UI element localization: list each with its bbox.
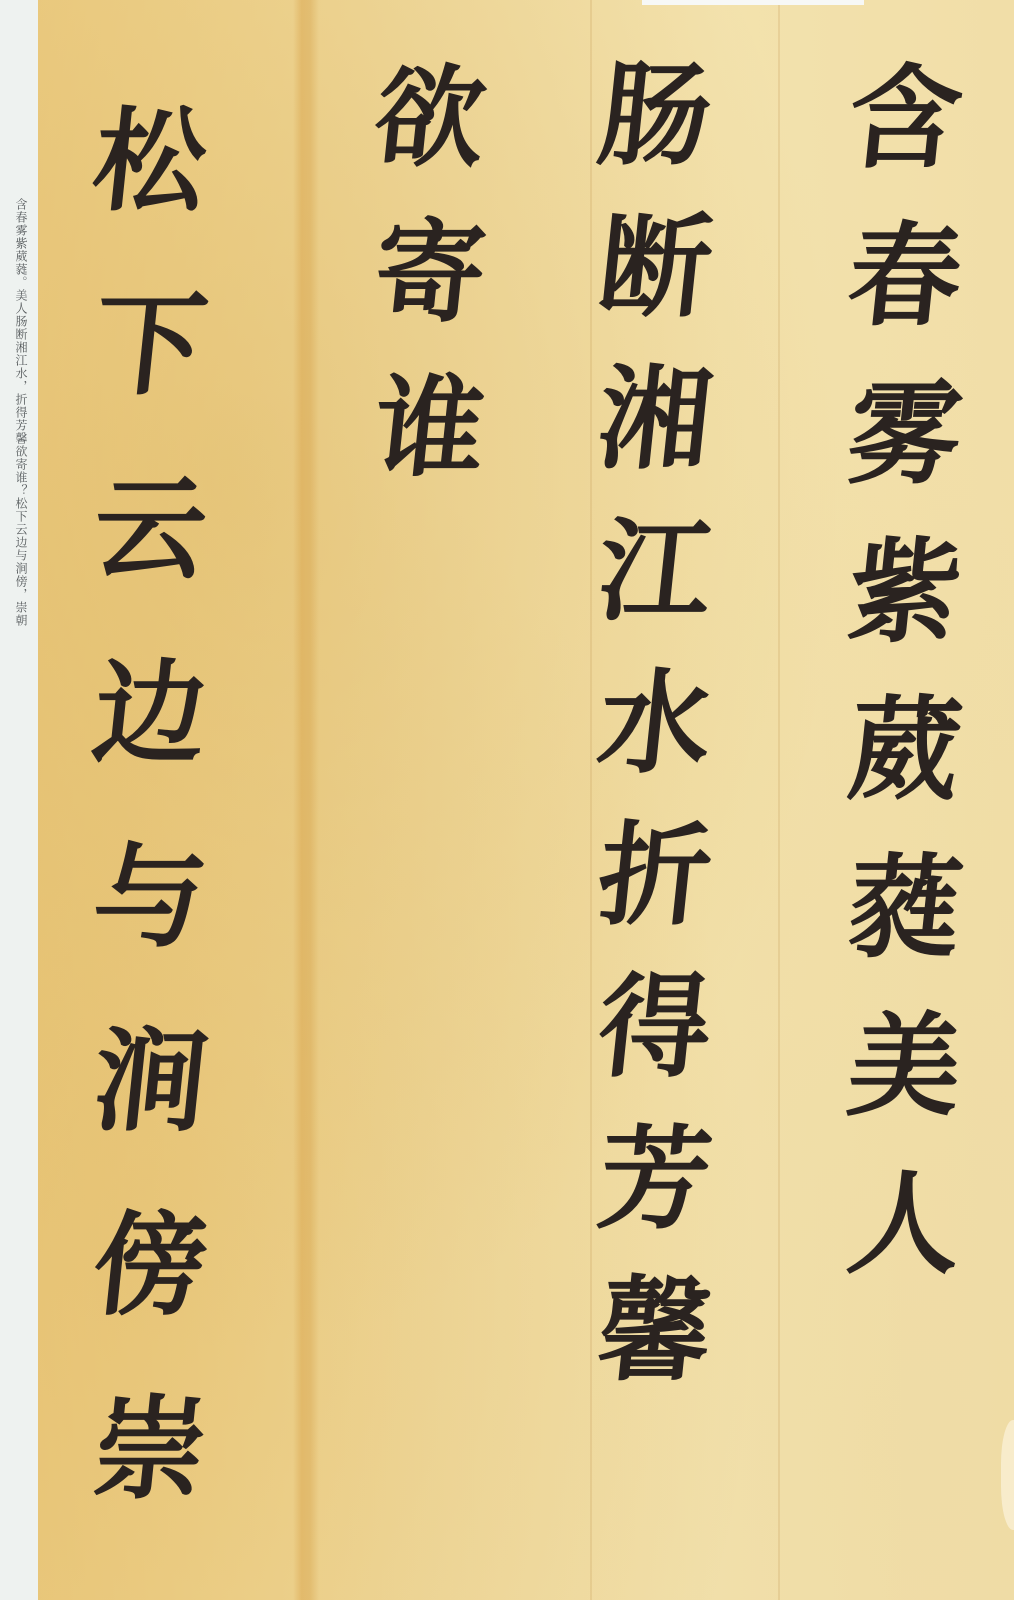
character: 含 xyxy=(841,40,970,198)
character: 芳 xyxy=(591,1104,719,1256)
character: 春 xyxy=(841,198,970,356)
character: 美 xyxy=(841,988,970,1146)
character: 雾 xyxy=(841,356,970,514)
character: 紫 xyxy=(841,514,970,672)
character: 欲 xyxy=(367,40,493,195)
character: 人 xyxy=(841,1146,970,1304)
character: 蕤 xyxy=(841,830,970,988)
character: 江 xyxy=(591,496,719,648)
paper-stain xyxy=(1001,1420,1014,1530)
character: 得 xyxy=(591,952,719,1104)
calligraphy-column-4: 松 下 云 边 与 涧 傍 崇 xyxy=(70,70,230,1542)
fold-line xyxy=(778,0,780,1600)
character: 肠 xyxy=(591,40,719,192)
annotation-text: 含春雾紫葳蕤。美人肠断湘江水，折得芳馨欲寄谁？松下云边与涧傍，崇朝 xyxy=(13,198,29,627)
character: 寄 xyxy=(367,195,493,350)
character: 下 xyxy=(84,254,215,438)
calligraphy-column-1: 含 春 雾 紫 葳 蕤 美 人 xyxy=(825,40,985,1304)
character: 谁 xyxy=(367,350,493,505)
character: 葳 xyxy=(841,672,970,830)
character: 崇 xyxy=(84,1358,215,1542)
top-edge-strip xyxy=(642,0,864,5)
character: 与 xyxy=(84,806,215,990)
character: 傍 xyxy=(84,1174,215,1358)
character: 馨 xyxy=(591,1256,719,1408)
character: 断 xyxy=(591,192,719,344)
left-margin: 含春雾紫葳蕤。美人肠断湘江水，折得芳馨欲寄谁？松下云边与涧傍，崇朝 xyxy=(0,0,38,1600)
character: 涧 xyxy=(84,990,215,1174)
calligraphy-column-3: 欲 寄 谁 xyxy=(360,40,500,505)
character: 水 xyxy=(591,648,719,800)
character: 边 xyxy=(84,622,215,806)
character: 松 xyxy=(84,70,215,254)
calligraphy-column-2: 肠 断 湘 江 水 折 得 芳 馨 xyxy=(580,40,730,1408)
character: 云 xyxy=(84,438,215,622)
paper-seam xyxy=(293,0,319,1600)
character: 湘 xyxy=(591,344,719,496)
character: 折 xyxy=(591,800,719,952)
